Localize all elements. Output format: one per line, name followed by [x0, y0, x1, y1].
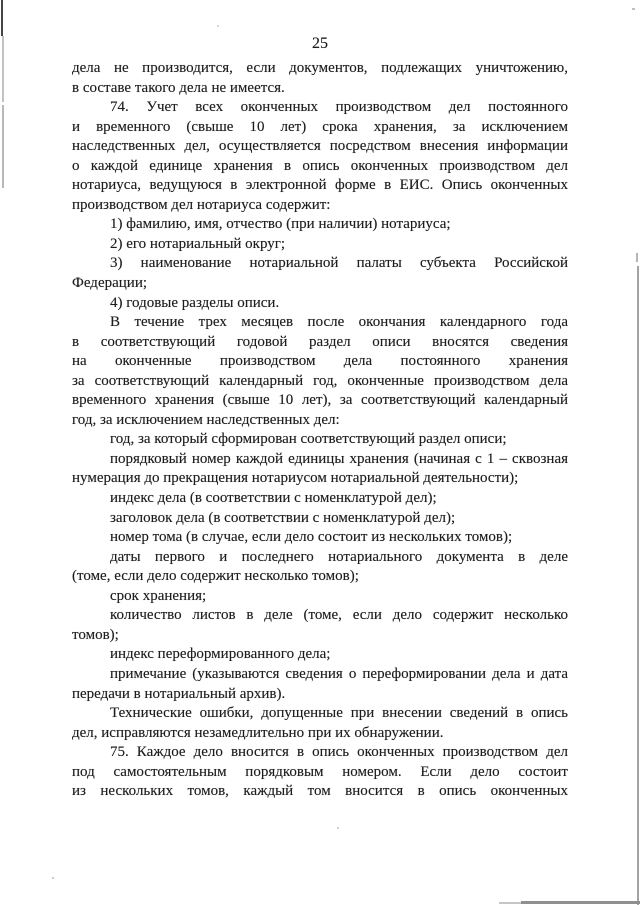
- text-line: Технические ошибки, допущенные при внесе…: [72, 704, 568, 724]
- text-line: томов);: [72, 626, 568, 646]
- bottom-edge-line: [521, 901, 640, 904]
- text-line: под самостоятельным порядковым номером. …: [72, 763, 568, 783]
- text-line: примечание (указываются сведения о переф…: [72, 665, 568, 685]
- text-line: индекс переформированного дела;: [72, 645, 568, 665]
- text-line: (томе, если дело содержит несколько томо…: [72, 567, 568, 587]
- text-line: передачи в нотариальный архив).: [72, 685, 568, 705]
- text-line: в составе такого дела не имеется.: [72, 79, 568, 99]
- text-line: 3) наименование нотариальной палаты субъ…: [72, 254, 568, 274]
- text-line: 74. Учет всех оконченных производством д…: [72, 98, 568, 118]
- text-line: наследственных дел, осуществляется посре…: [72, 137, 568, 157]
- text-line: на оконченные производством дела постоян…: [72, 352, 568, 372]
- text-line: срок хранения;: [72, 587, 568, 607]
- right-edge-dash: [636, 253, 638, 262]
- left-edge-line-dark: [1, 0, 3, 36]
- text-line: о каждой единице хранения в опись оконче…: [72, 157, 568, 177]
- text-line: даты первого и последнего нотариального …: [72, 548, 568, 568]
- text-line: временного хранения (свыше 10 лет), за с…: [72, 391, 568, 411]
- text-line: в соответствующий годовой раздел описи в…: [72, 333, 568, 353]
- text-line: нотариуса, ведущуюся в электронной форме…: [72, 176, 568, 196]
- speck-top-right: [632, 8, 635, 10]
- text-line: 1) фамилию, имя, отчество (при наличии) …: [72, 215, 568, 235]
- text-line: год, за который сформирован соответствую…: [72, 430, 568, 450]
- right-edge-line: [637, 266, 639, 905]
- text-line: 4) годовые разделы описи.: [72, 294, 568, 314]
- text-line: заголовок дела (в соответствии с номенкл…: [72, 509, 568, 529]
- document-text: дела не производится, если документов, п…: [72, 59, 568, 802]
- speck-top-center: [217, 25, 219, 27]
- left-edge-line-mid: [2, 36, 4, 102]
- text-line: из нескольких томов, каждый том вносится…: [72, 782, 568, 802]
- speck-bottom-left: [52, 877, 54, 879]
- text-line: год, за исключением наследственных дел:: [72, 411, 568, 431]
- text-line: количество листов в деле (томе, если дел…: [72, 606, 568, 626]
- text-line: 75. Каждое дело вносится в опись окончен…: [72, 743, 568, 763]
- page-number: 25: [0, 35, 640, 53]
- text-line: порядковый номер каждой единицы хранения…: [72, 450, 568, 470]
- text-line: и временного (свыше 10 лет) срока хранен…: [72, 118, 568, 138]
- bottom-edge-line-light: [499, 902, 521, 904]
- speck-bottom-center: [337, 827, 339, 829]
- text-line: номер тома (в случае, если дело состоит …: [72, 528, 568, 548]
- text-line: Федерации;: [72, 274, 568, 294]
- text-line: за соответствующий календарный год, окон…: [72, 372, 568, 392]
- text-line: дел, исправляются незамедлительно при их…: [72, 724, 568, 744]
- text-line: индекс дела (в соответствии с номенклату…: [72, 489, 568, 509]
- document-page: 25 дела не производится, если документов…: [0, 0, 640, 905]
- text-line: 2) его нотариальный округ;: [72, 235, 568, 255]
- text-line: дела не производится, если документов, п…: [72, 59, 568, 79]
- text-line: нумерация до прекращения нотариусом нота…: [72, 469, 568, 489]
- text-line: В течение трех месяцев после окончания к…: [72, 313, 568, 333]
- left-edge-line-lower: [2, 105, 4, 188]
- text-line: производством дел нотариуса содержит:: [72, 196, 568, 216]
